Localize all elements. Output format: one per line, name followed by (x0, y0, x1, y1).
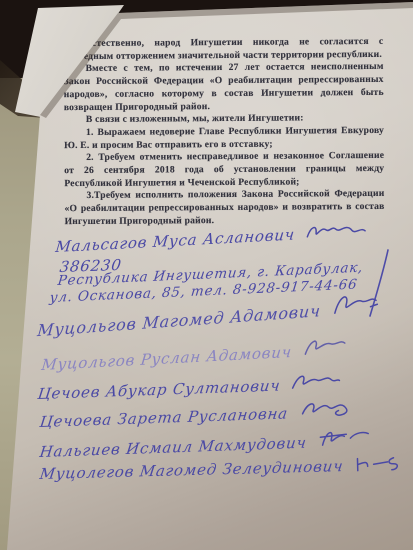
signature-flourish-icon (304, 220, 367, 243)
signer-name: Мальсагов Муса Асланович (55, 225, 296, 256)
signature-flourish-icon (330, 290, 380, 319)
photographed-document: Естественно, народ Ингушетии никогда не … (0, 0, 413, 550)
handwritten-line: Цечоева Зарета Руслановна (39, 398, 350, 431)
paragraph-intro: Естественно, народ Ингушетии никогда не … (63, 36, 383, 64)
signer-name: Цечоев Абукар Султанович (37, 376, 282, 403)
signer-name: Муцольгов Руслан Адамович (41, 343, 293, 374)
signer-name: Цечоева Зарета Руслановна (39, 404, 290, 431)
signer-name: Муцолегов Магомед Зелеудинович (39, 457, 345, 483)
typed-text-block: Естественно, народ Ингушетии никогда не … (63, 36, 384, 229)
handwritten-line: Цечоев Абукар Султанович (37, 370, 341, 403)
signer-name: Муцольгов Магомед Адамович (36, 301, 321, 340)
paragraph-demand-2: 2. Требуем отменить несправедливое и нез… (64, 150, 384, 190)
signature-flourish-icon (316, 425, 371, 451)
signature-flourish-icon (301, 334, 346, 360)
paragraph-law: Вместе с тем, по истечении 27 лет остает… (64, 61, 384, 114)
signature-flourish-icon (353, 454, 400, 475)
paragraph-demand-1: 1. Выражаем недоверие Главе Республики И… (64, 125, 384, 153)
signature-flourish-icon (290, 370, 341, 394)
signature-flourish-icon (298, 398, 351, 422)
handwritten-line: Муцольгов Руслан Адамович (41, 334, 347, 374)
